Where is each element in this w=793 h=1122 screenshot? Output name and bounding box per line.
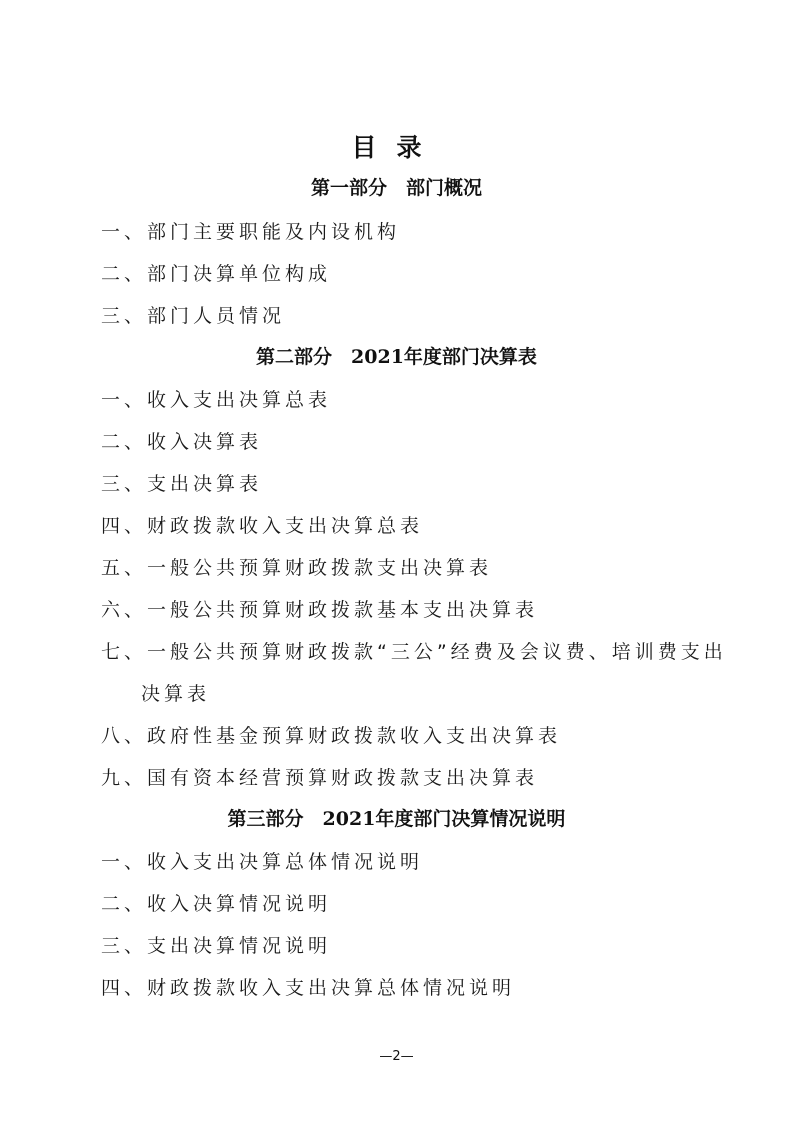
toc-item: 四、财政拨款收入支出决算总表 (101, 511, 423, 538)
toc-item: 四、财政拨款收入支出决算总体情况说明 (101, 973, 515, 1000)
toc-item: 二、收入决算情况说明 (101, 889, 331, 916)
part-1-heading: 第一部分 部门概况 (0, 173, 793, 200)
toc-item: 五、一般公共预算财政拨款支出决算表 (101, 553, 492, 580)
toc-item: 八、政府性基金预算财政拨款收入支出决算表 (101, 721, 561, 748)
toc-item: 二、收入决算表 (101, 427, 262, 454)
toc-item: 六、一般公共预算财政拨款基本支出决算表 (101, 595, 538, 622)
part-2-heading: 第二部分 2021年度部门决算表 (0, 342, 793, 369)
toc-item: 三、支出决算表 (101, 469, 262, 496)
part-3-heading: 第三部分 2021年度部门决算情况说明 (0, 804, 793, 831)
toc-item-continuation: 决算表 (141, 679, 210, 706)
toc-item: 三、部门人员情况 (101, 301, 285, 328)
toc-item: 七、一般公共预算财政拨款“三公”经费及会议费、培训费支出 (101, 637, 727, 664)
document-page: 目录 第一部分 部门概况 一、部门主要职能及内设机构 二、部门决算单位构成 三、… (0, 0, 793, 1122)
toc-item: 九、国有资本经营预算财政拨款支出决算表 (101, 763, 538, 790)
toc-item: 一、收入支出决算总体情况说明 (101, 847, 423, 874)
toc-item: 一、部门主要职能及内设机构 (101, 217, 400, 244)
toc-item: 二、部门决算单位构成 (101, 259, 331, 286)
page-number: —2— (0, 1049, 793, 1064)
toc-item: 一、收入支出决算总表 (101, 385, 331, 412)
toc-title: 目录 (0, 128, 793, 164)
toc-item: 三、支出决算情况说明 (101, 931, 331, 958)
